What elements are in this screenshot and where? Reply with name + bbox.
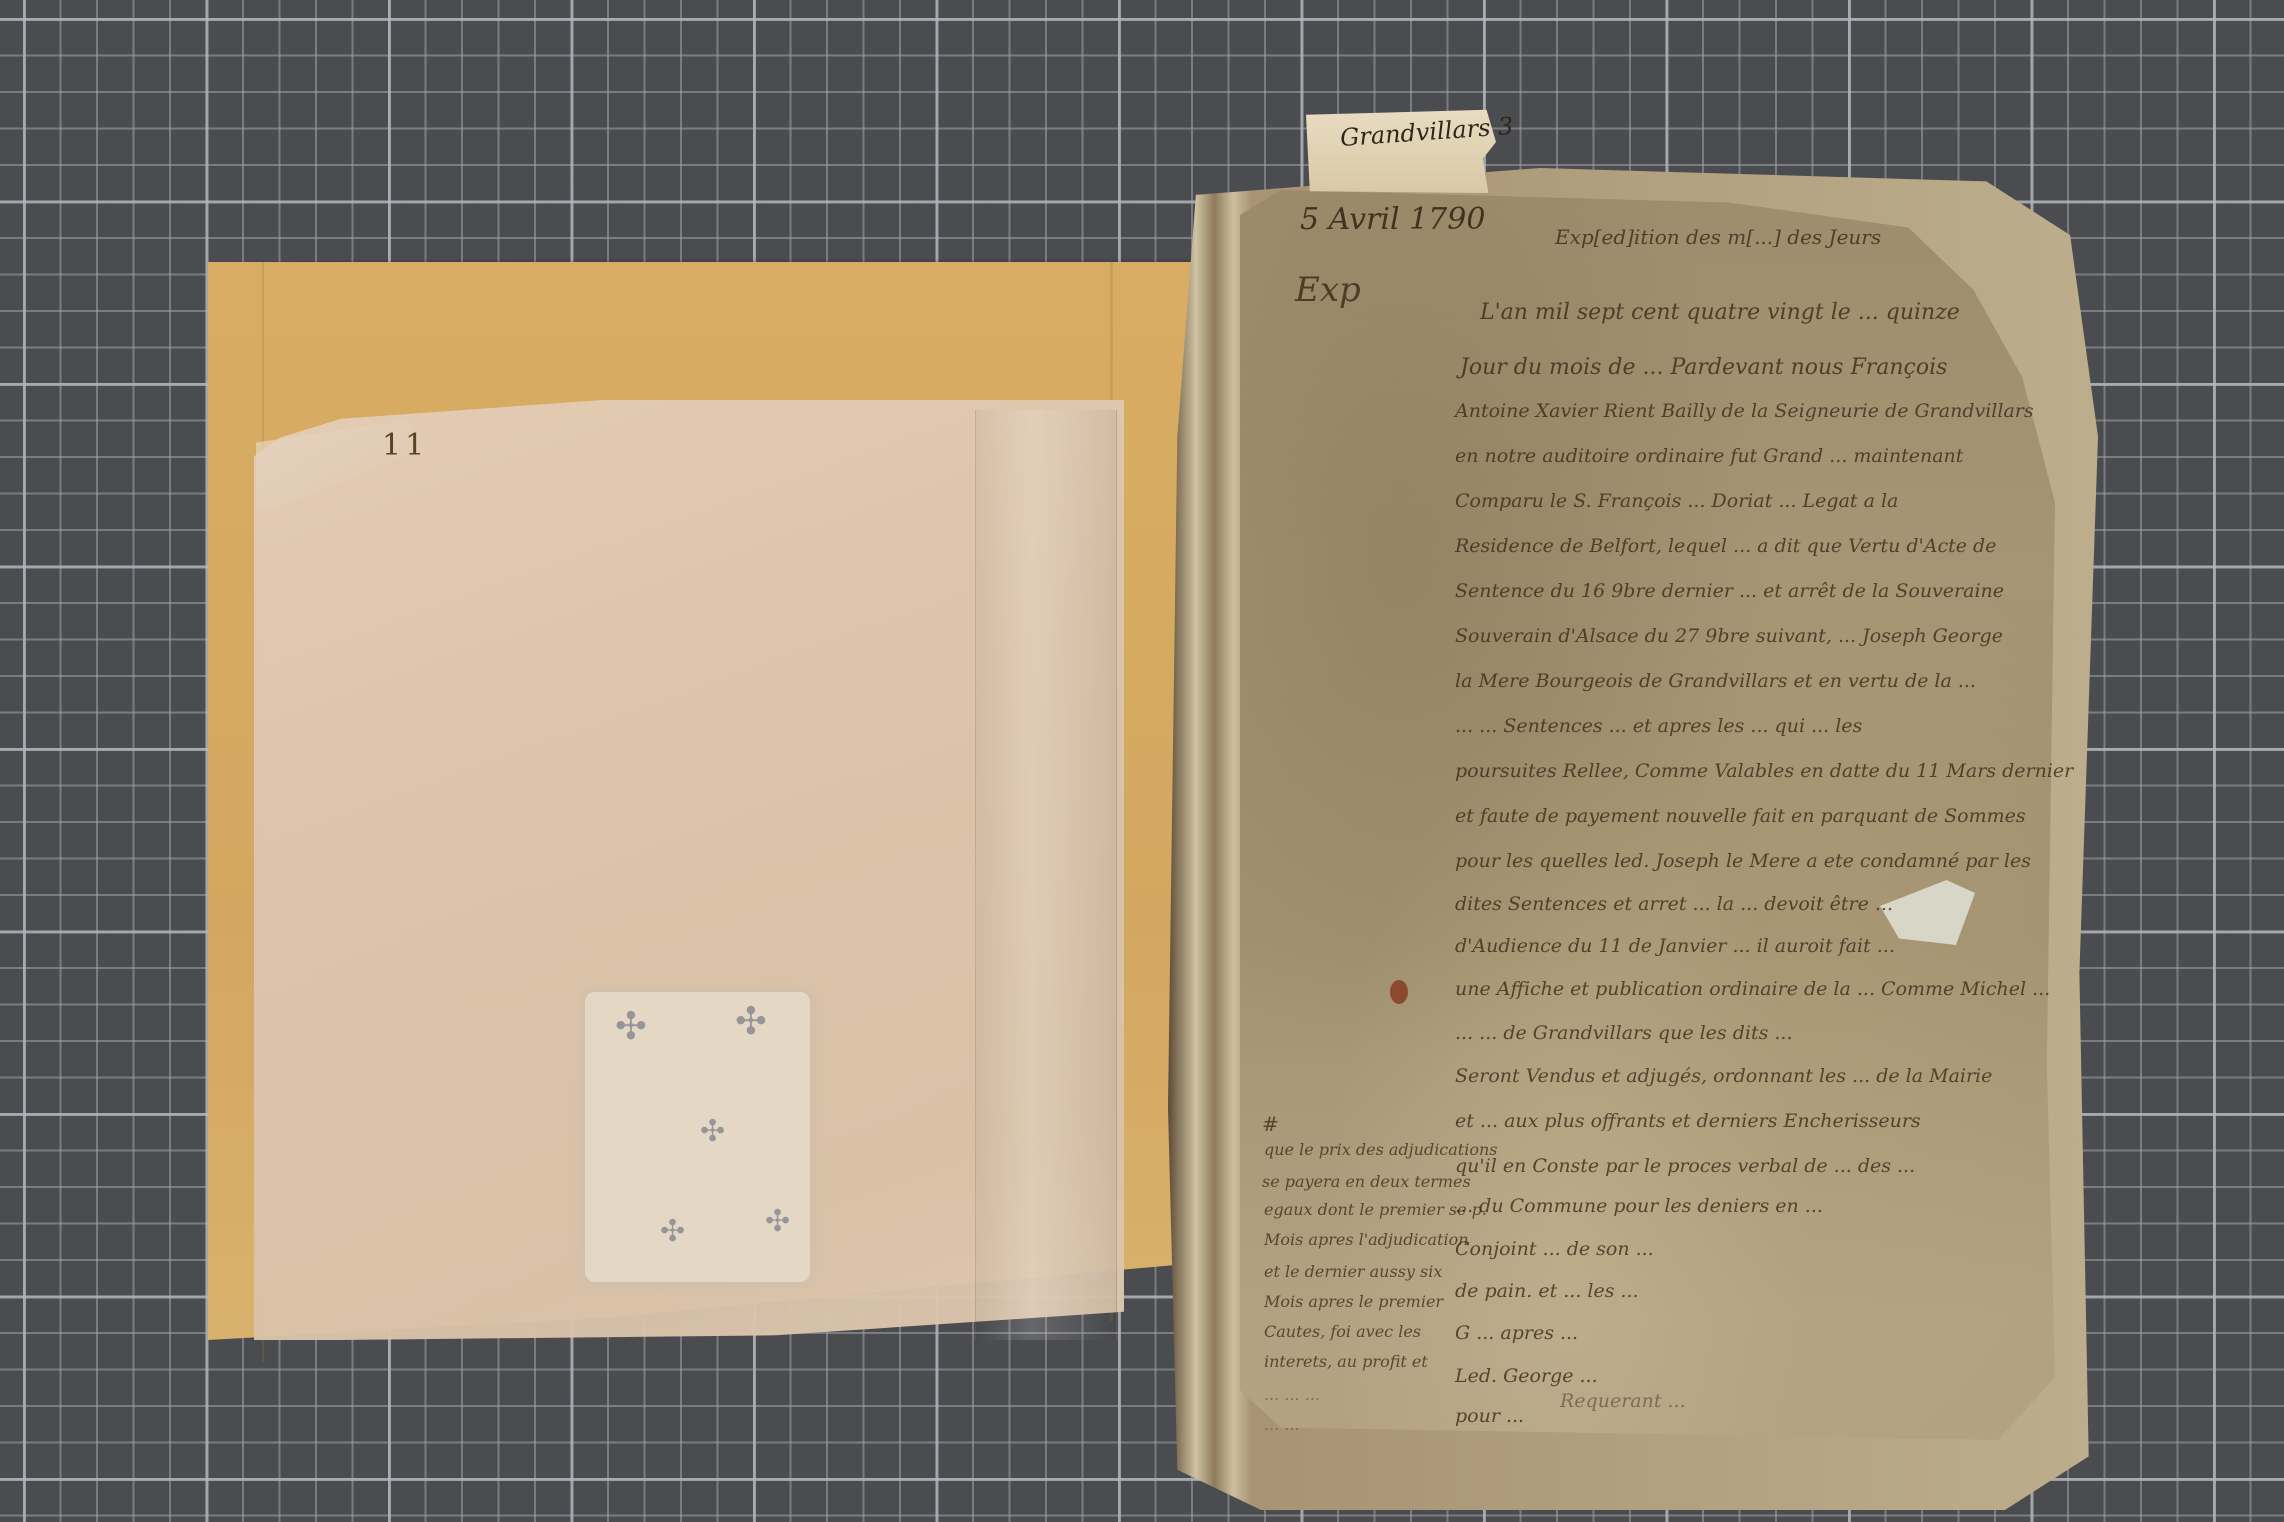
manuscript-date: 5 Avril 1790 [1300,202,1485,237]
body-line: Residence de Belfort, lequel ... a dit q… [1455,535,1996,557]
watermark-cross-icon: ✣ [735,1002,767,1040]
margin-line: ... ... ... [1264,1385,1320,1404]
body-line: en notre auditoire ordinaire fut Grand .… [1455,445,1963,467]
margin-line: et le dernier aussy six [1264,1262,1442,1281]
body-line: qu'il en Conste par le proces verbal de … [1455,1155,1915,1177]
watermark-cross-icon: ✣ [615,1007,647,1045]
margin-line: ... ... [1264,1415,1300,1434]
body-line: ... ... Sentences ... et apres les ... q… [1455,715,1862,737]
body-line: d'Audience du 11 de Janvier ... il auroi… [1455,935,1895,957]
body-line: Requerant ... [1560,1390,1686,1412]
body-line: une Affiche et publication ordinaire de … [1455,978,2050,1000]
body-line: Antoine Xavier Rient Bailly de la Seigne… [1455,400,2034,422]
body-line: Seront Vendus et adjugés, ordonnant les … [1455,1065,1992,1087]
body-line: Jour du mois de ... Pardevant nous Franç… [1460,355,1947,380]
body-line: ... ... de Grandvillars que les dits ... [1455,1022,1793,1044]
body-line: Led. George ... [1455,1365,1598,1387]
body-line: Conjoint ... de son ... [1455,1238,1654,1260]
watermark-cross-icon: ✣ [700,1117,725,1147]
watermark-cross-icon: ✣ [765,1207,790,1237]
body-line: de pain. et ... les ... [1455,1280,1639,1302]
body-line: L'an mil sept cent quatre vingt le ... q… [1480,300,1960,325]
body-line: Comparu le S. François ... Doriat ... Le… [1455,490,1898,512]
margin-line: que le prix des adjudications [1264,1140,1498,1159]
wax-stain [1390,980,1408,1004]
manuscript-heading: Exp[ed]ition des m[...] des Jeurs [1555,225,1881,249]
body-line: la Mere Bourgeois de Grandvillars et en … [1455,670,1976,692]
tissue-fold [975,410,1117,1340]
body-line: Souverain d'Alsace du 27 9bre suivant, .… [1455,625,2003,647]
body-line: Sentence du 16 9bre dernier ... et arrêt… [1455,580,2004,602]
margin-line: # [1262,1112,1279,1136]
body-line: pour ... [1455,1405,1524,1427]
margin-line: interets, au profit et [1264,1352,1428,1371]
body-line: pour les quelles led. Joseph le Mere a e… [1455,850,2031,872]
watermark-cross-icon: ✣ [660,1217,685,1247]
margin-line: Mois apres l'adjudication [1264,1230,1469,1249]
margin-line: Cautes, foi avec les [1264,1322,1421,1341]
body-line: et faute de payement nouvelle fait en pa… [1455,805,2026,827]
body-line: dites Sentences et arret ... la ... devo… [1455,893,1893,915]
watermark-card: ✣ ✣ ✣ ✣ ✣ [585,992,810,1282]
body-line: et ... aux plus offrants et derniers Enc… [1455,1110,1921,1132]
body-line: poursuites Rellee, Comme Valables en dat… [1455,760,2073,782]
margin-line: Mois apres le premier [1264,1292,1443,1311]
manuscript-signature: Exp [1295,270,1361,310]
body-line: G ... apres ... [1455,1322,1578,1344]
margin-line: se payera en deux termes [1262,1172,1471,1191]
body-line: ... du Commune pour les deniers en ... [1455,1195,1823,1217]
folio-number: 11 [382,428,428,463]
margin-line: egaux dont le premier se p. [1264,1200,1487,1219]
